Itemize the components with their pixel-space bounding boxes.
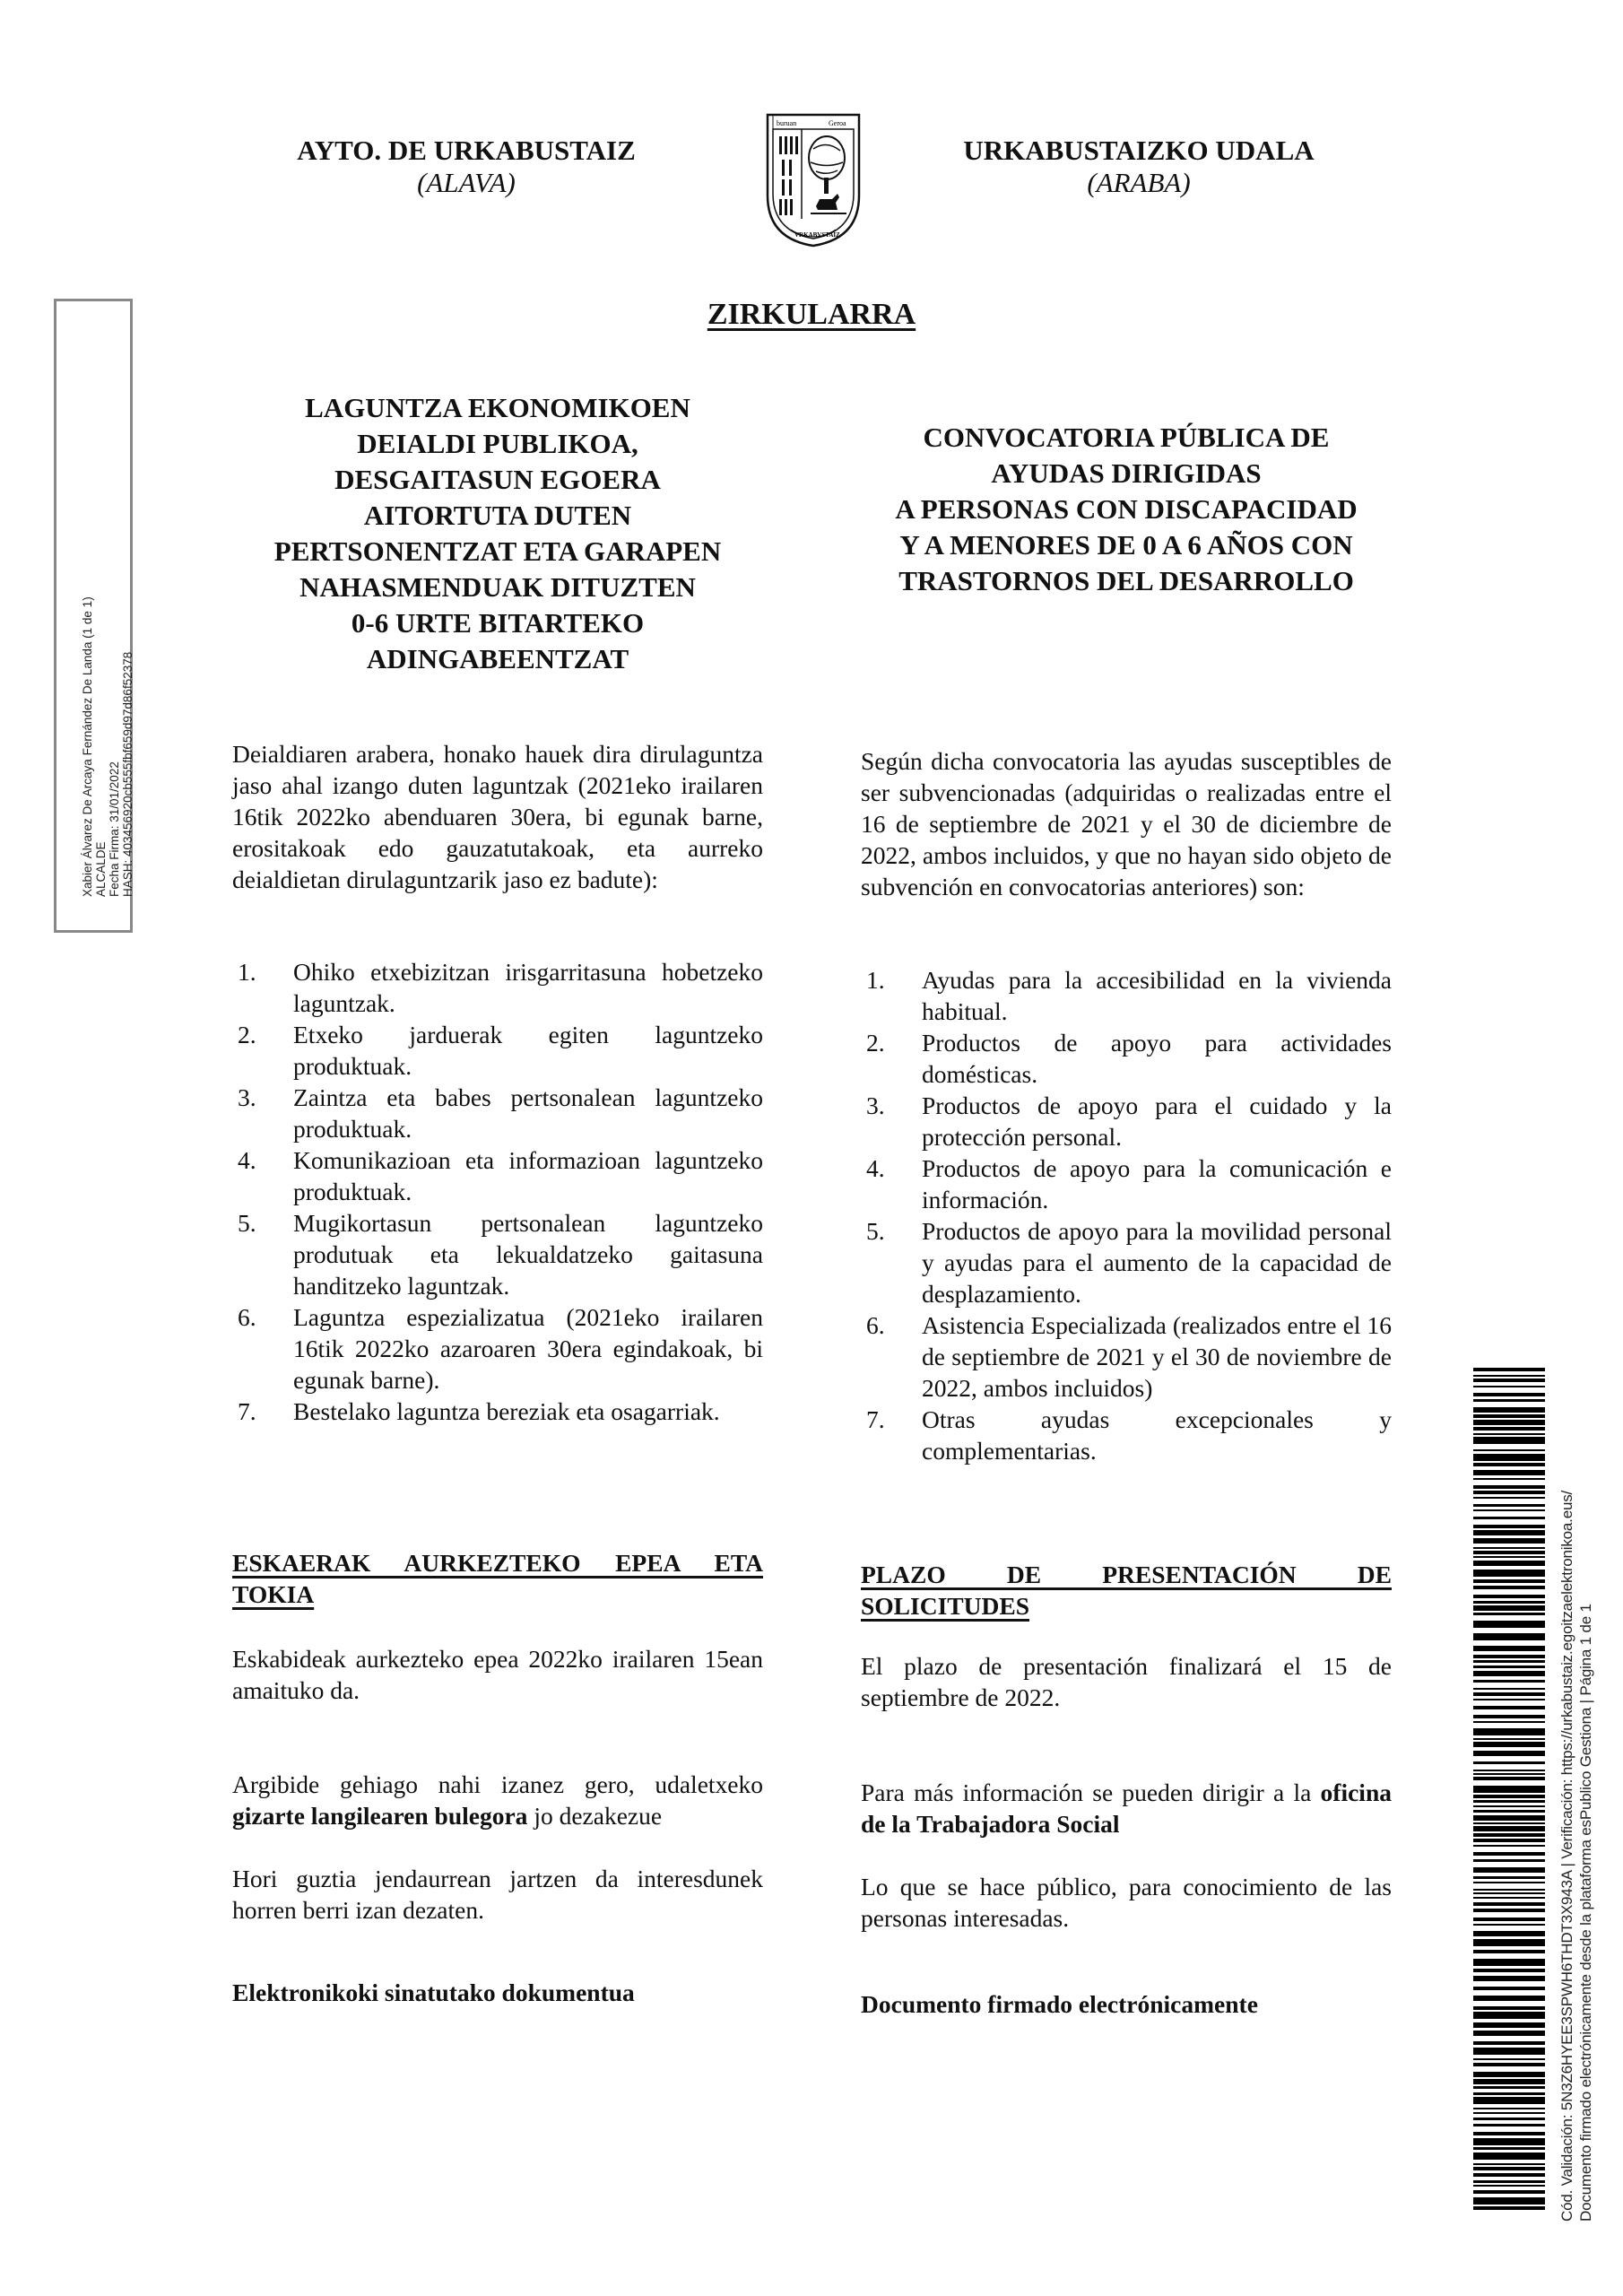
list-item: 3.Zaintza eta babes pertsonalean laguntz… — [232, 1082, 763, 1144]
coat-of-arms-icon: buruan Geroa VRKABVSTAIZ — [764, 113, 863, 248]
social-worker-office-eu: gizarte langilearen bulegora — [232, 1802, 527, 1830]
spanish-items-list: 1.Ayudas para la accesibilidad en la viv… — [861, 964, 1392, 1466]
basque-signed-note: Elektronikoki sinatutako dokumentua — [232, 1977, 763, 2008]
basque-column: LAGUNTZA EKONOMIKOEN DEIALDI PUBLIKOA, D… — [232, 390, 763, 677]
province-name-eu: (ARABA) — [897, 167, 1381, 199]
signature-stamp: Xabier Álvarez De Arcaya Fernández De La… — [81, 596, 135, 897]
header-right: URKABUSTAIZKO UDALA (ARABA) — [897, 135, 1381, 199]
svg-text:VRKABVSTAIZ: VRKABVSTAIZ — [794, 231, 840, 239]
list-item: 5.Productos de apoyo para la movilidad p… — [861, 1215, 1392, 1309]
spanish-deadline-text: El plazo de presentación finalizará el 1… — [861, 1650, 1392, 1713]
header-left: AYTO. DE URKABUSTAIZ (ALAVA) — [224, 135, 708, 199]
list-item: 4.Productos de apoyo para la comunicació… — [861, 1152, 1392, 1215]
signer-role: ALCALDE — [94, 596, 108, 897]
spanish-intro: Según dicha convocatoria las ayudas susc… — [861, 745, 1392, 902]
verification-footer: Cód. Validación: 5N3Z6HYEE3SPWH6THDT3X94… — [1558, 1491, 1595, 2222]
basque-info: Argibide gehiago nahi izanez gero, udale… — [232, 1769, 763, 1831]
spanish-publicity: Lo que se hace público, para conocimient… — [861, 1871, 1392, 1934]
list-item: 2.Productos de apoyo para actividades do… — [861, 1027, 1392, 1090]
platform-note: Documento firmado electrónicamente desde… — [1576, 1491, 1595, 2222]
basque-intro: Deialdiaren arabera, honako hauek dira d… — [232, 738, 763, 895]
basque-deadline-title: ESKAERAK AURKEZTEKO EPEA ETA TOKIA — [232, 1547, 763, 1610]
spanish-signed-note: Documento firmado electrónicamente — [861, 1988, 1392, 2020]
municipality-name-eu: URKABUSTAIZKO UDALA — [897, 135, 1381, 167]
signature-date: Fecha Firma: 31/01/2022 — [108, 596, 121, 897]
basque-items-list: 1.Ohiko etxebizitzan irisgarritasuna hob… — [232, 956, 763, 1427]
list-item: 7.Otras ayudas excepcionales y complemen… — [861, 1404, 1392, 1466]
list-item: 6.Laguntza espezializatua (2021eko irail… — [232, 1301, 763, 1396]
list-item: 1.Ohiko etxebizitzan irisgarritasuna hob… — [232, 956, 763, 1019]
signature-hash: HASH: 403456920cb555fbf659d97d86f52378 — [121, 596, 135, 897]
list-item: 5.Mugikortasun pertsonalean laguntzeko p… — [232, 1207, 763, 1301]
list-item: 7.Bestelako laguntza bereziak eta osagar… — [232, 1396, 763, 1427]
document-title: ZIRKULARRA — [538, 298, 1085, 332]
basque-publicity: Hori guztia jendaurrean jartzen da inter… — [232, 1863, 763, 1926]
province-name-es: (ALAVA) — [224, 167, 708, 199]
validation-code: Cód. Validación: 5N3Z6HYEE3SPWH6THDT3X94… — [1558, 1491, 1576, 2222]
list-item: 2.Etxeko jarduerak egiten laguntzeko pro… — [232, 1019, 763, 1082]
basque-heading: LAGUNTZA EKONOMIKOEN DEIALDI PUBLIKOA, D… — [232, 390, 763, 677]
municipality-name-es: AYTO. DE URKABUSTAIZ — [224, 135, 708, 167]
spanish-info: Para más información se pueden dirigir a… — [861, 1777, 1392, 1839]
basque-deadline-text: Eskabideak aurkezteko epea 2022ko iraila… — [232, 1643, 763, 1706]
spanish-heading: CONVOCATORIA PÚBLICA DE AYUDAS DIRIGIDAS… — [861, 420, 1392, 599]
list-item: 4.Komunikazioan eta informazioan laguntz… — [232, 1144, 763, 1207]
spanish-column: CONVOCATORIA PÚBLICA DE AYUDAS DIRIGIDAS… — [861, 420, 1392, 599]
spanish-deadline-title: PLAZO DE PRESENTACIÓN DE SOLICITUDES — [861, 1559, 1392, 1622]
barcode-icon — [1473, 1368, 1545, 2215]
svg-text:Geroa: Geroa — [829, 119, 846, 127]
list-item: 6.Asistencia Especializada (realizados e… — [861, 1309, 1392, 1404]
list-item: 1.Ayudas para la accesibilidad en la viv… — [861, 964, 1392, 1027]
list-item: 3.Productos de apoyo para el cuidado y l… — [861, 1090, 1392, 1152]
svg-text:buruan: buruan — [777, 119, 796, 127]
signer-name: Xabier Álvarez De Arcaya Fernández De La… — [81, 596, 94, 897]
